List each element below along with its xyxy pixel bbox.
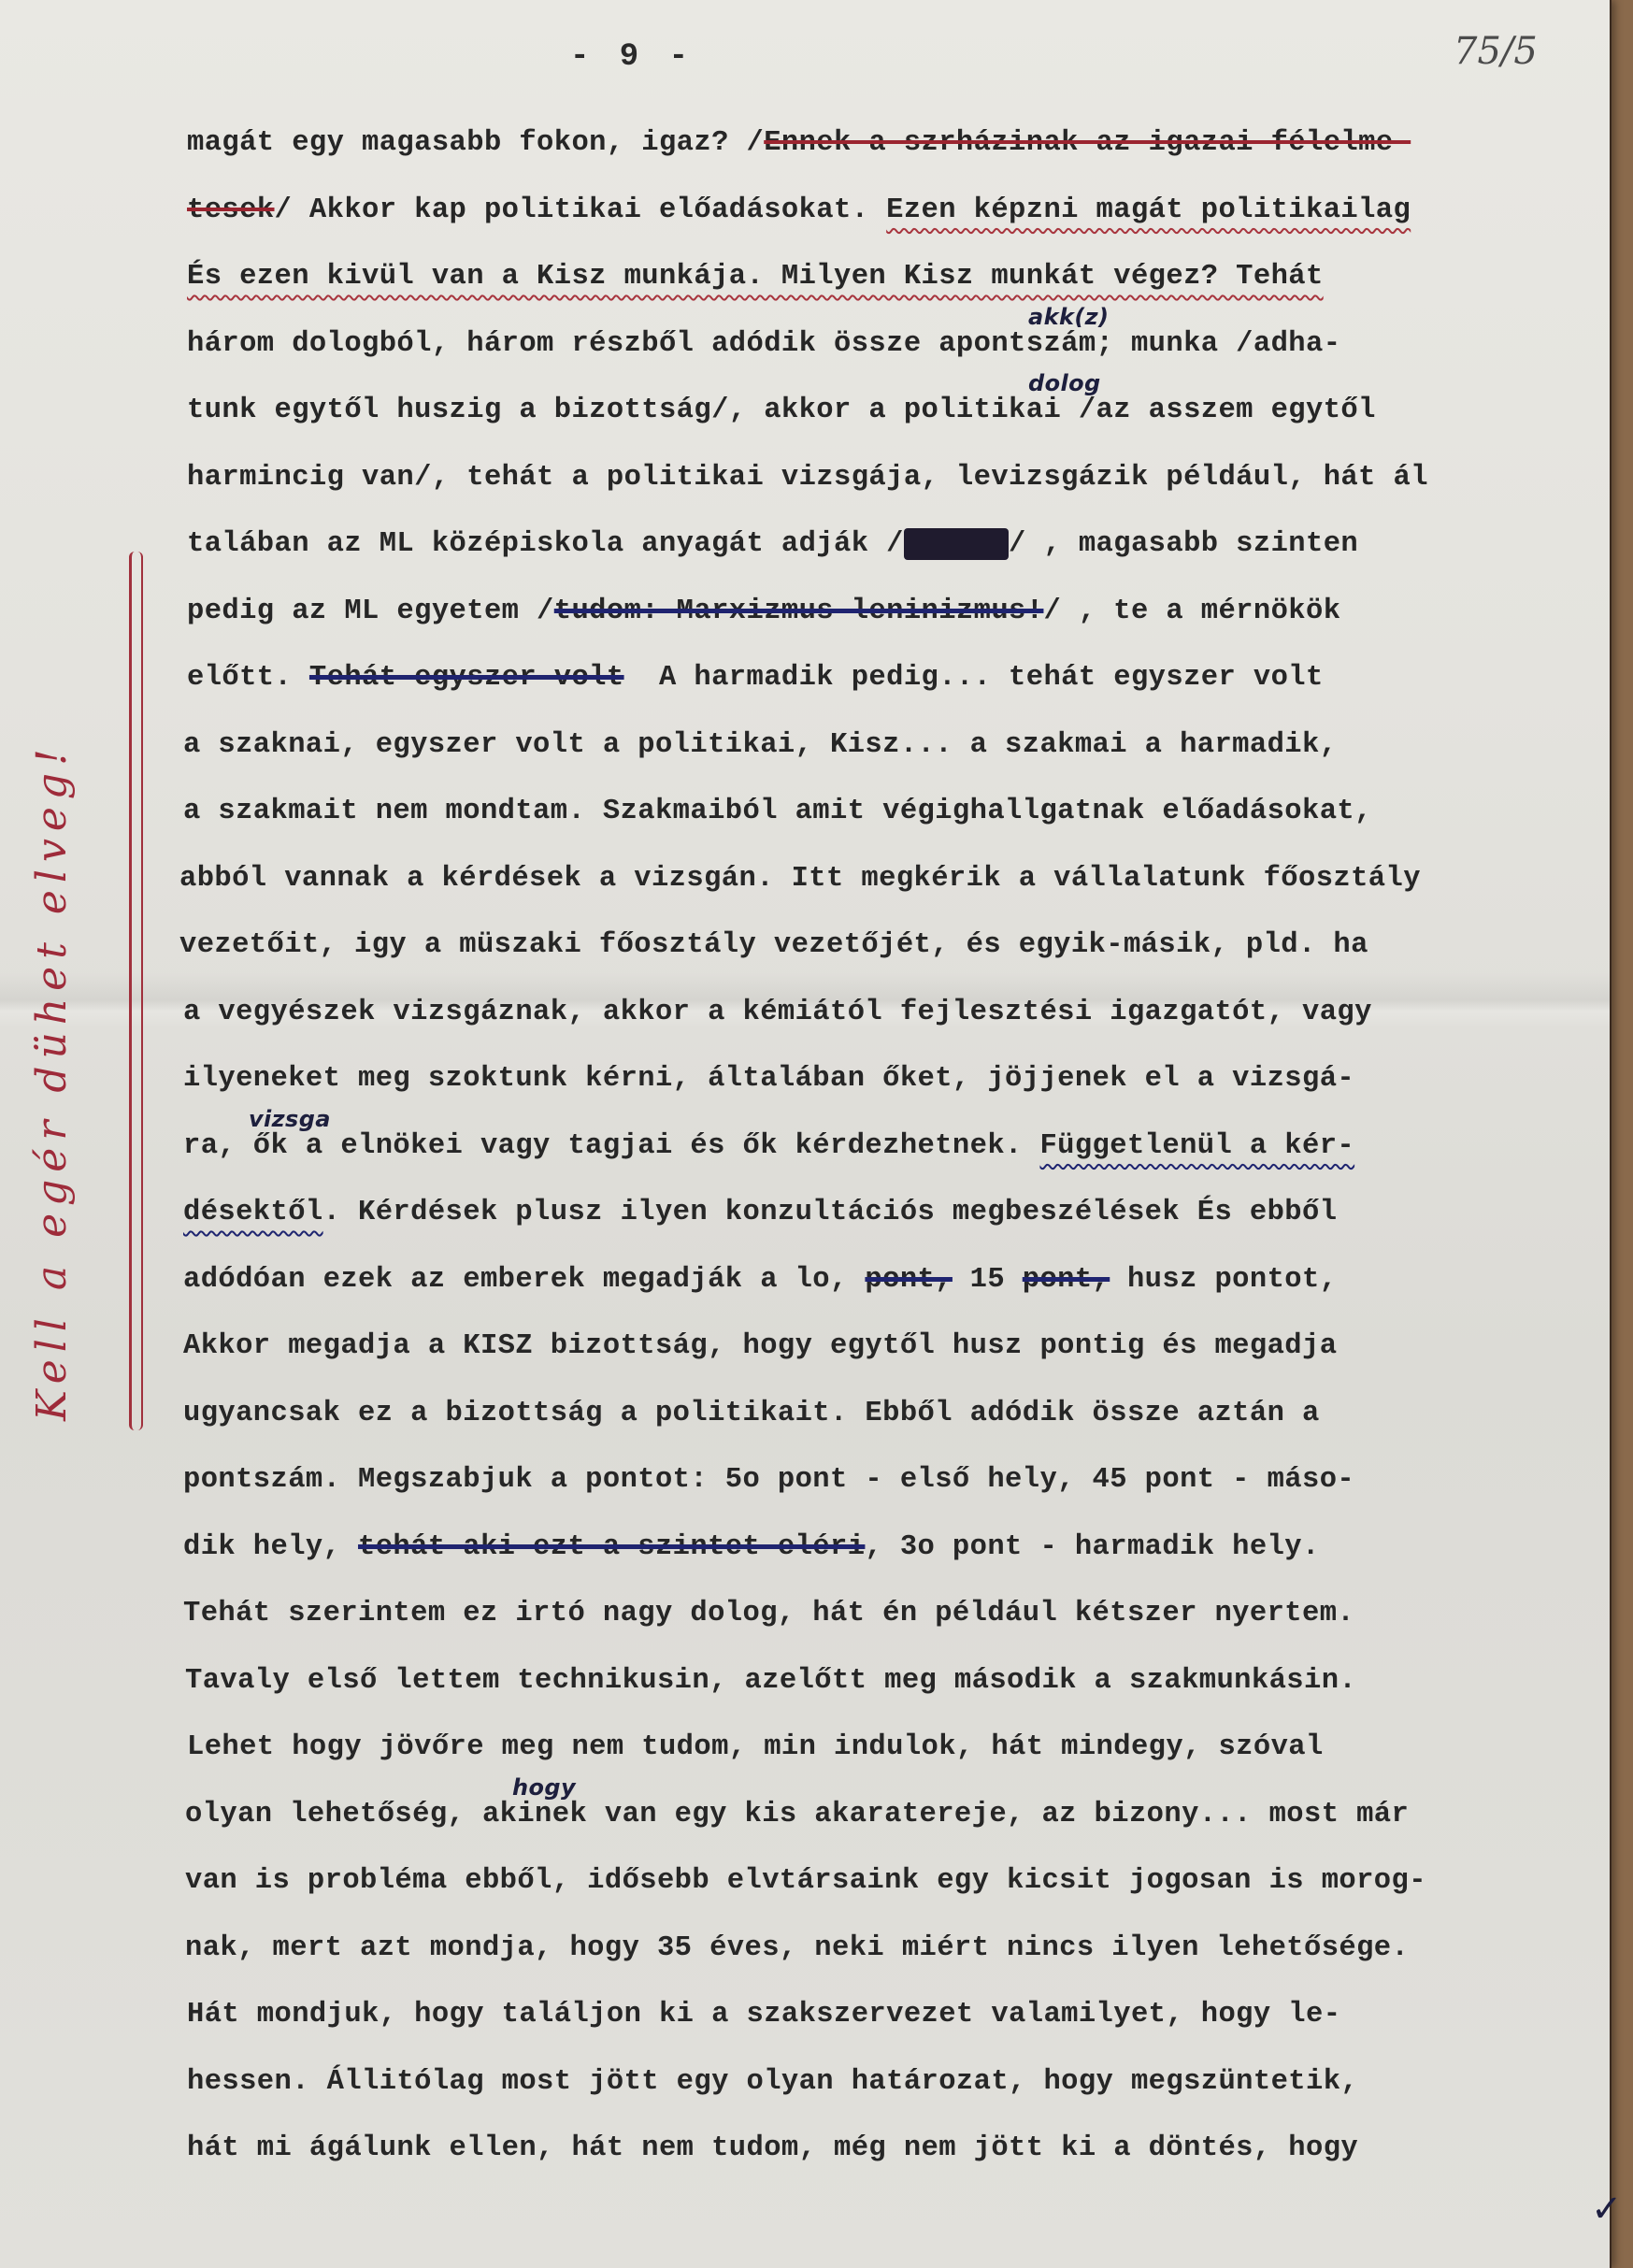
text-line: hessen. Állitólag most jött egy olyan ha… xyxy=(187,2049,1608,2117)
text-segment: Függetlenül a kér- xyxy=(1039,1130,1354,1162)
text-line: vezetőit, igy a müszaki főosztály vezető… xyxy=(179,912,1600,980)
text-segment: És ezen kivül van a Kisz munkája. Milyen… xyxy=(187,261,1324,293)
text-segment: Hát mondjuk, hogy találjon ki a szakszer… xyxy=(187,1999,1340,2031)
margin-bracket xyxy=(129,552,143,1430)
text-segment: abból vannak a kérdések a vizsgán. Itt m… xyxy=(179,863,1421,895)
struck-text: pont, xyxy=(865,1264,953,1296)
text-segment: husz pontot, xyxy=(1110,1264,1337,1296)
text-segment: a szakmait nem mondtam. Szakmaiból amit … xyxy=(183,796,1372,827)
text-line: Tavaly első lettem technikusin, azelőtt … xyxy=(185,1648,1606,1715)
text-line: nak, mert azt mondja, hogy 35 éves, neki… xyxy=(185,1916,1606,1983)
text-segment: . Kérdések plusz ilyen konzultációs megb… xyxy=(323,1197,1338,1228)
text-line: tunk egytől huszig a bizottság/, akkor a… xyxy=(187,378,1608,445)
struck-text: tehát aki ezt a szintet eléri xyxy=(358,1531,865,1563)
text-line: Hát mondjuk, hogy találjon ki a szakszer… xyxy=(187,1982,1608,2049)
text-segment: Tavaly első lettem technikusin, azelőtt … xyxy=(185,1665,1356,1697)
struck-text: tesek xyxy=(187,194,275,226)
struck-text: tudom: Marxizmus-leninizmus! xyxy=(554,596,1044,627)
text-segment: adódóan ezek az emberek megadják a lo, xyxy=(183,1264,865,1296)
text-line: olyan lehetőség, akinek van egy kis akar… xyxy=(185,1782,1606,1849)
handwritten-insertion: vizsga xyxy=(249,1108,331,1130)
text-segment: Lehet hogy jövőre meg nem tudom, min ind… xyxy=(187,1731,1324,1763)
text-segment: van is probléma ebből, idősebb elvtársai… xyxy=(185,1865,1426,1897)
page-number: - 9 - xyxy=(570,39,694,75)
archive-number: 75/5 xyxy=(1454,30,1538,73)
text-segment: ilyeneket meg szoktunk kérni, általában … xyxy=(183,1063,1354,1095)
text-segment: harmincig van/, tehát a politikai vizsgá… xyxy=(187,462,1428,494)
text-segment: dik hely, xyxy=(183,1531,358,1563)
text-segment: magát egy magasabb fokon, igaz? / xyxy=(187,127,764,159)
text-segment: hát mi ágálunk ellen, hát nem tudom, még… xyxy=(187,2132,1358,2164)
handwritten-insertion: dolog xyxy=(1028,372,1101,395)
text-line: pontszám. Megszabjuk a pontot: 5o pont -… xyxy=(183,1447,1604,1514)
check-mark-icon: ✓ xyxy=(1591,2188,1623,2231)
struck-text: Tehát egyszer volt xyxy=(309,662,624,694)
handwritten-insertion: hogy xyxy=(512,1776,576,1799)
text-segment: / , te a mérnökök xyxy=(1043,596,1340,627)
text-segment: talában az ML középiskola anyagát adják … xyxy=(187,528,904,560)
struck-text: Ennek a szrházinak az igazai félelme- xyxy=(764,127,1411,159)
document-page: - 9 - 75/5 Kell a egér dühet elveg! magá… xyxy=(0,0,1610,2268)
text-segment: ugyancsak ez a bizottság a politikait. E… xyxy=(183,1398,1320,1429)
text-segment: 15 xyxy=(953,1264,1023,1296)
text-segment: olyan lehetőség, akinek van egy kis akar… xyxy=(185,1799,1409,1830)
text-segment: tunk egytől huszig a bizottság/, akkor a… xyxy=(187,395,1376,426)
text-segment: elnökei vagy tagjai és ők kérdezhetnek. xyxy=(340,1130,1039,1162)
text-segment: ra, ők a xyxy=(183,1130,340,1162)
text-line: És ezen kivül van a Kisz munkája. Milyen… xyxy=(187,244,1608,311)
text-line: Tehát szerintem ez irtó nagy dolog, hát … xyxy=(183,1581,1604,1648)
text-line: ugyancsak ez a bizottság a politikait. E… xyxy=(183,1381,1604,1448)
text-segment: désektől xyxy=(183,1197,323,1228)
text-segment: hessen. Állitólag most jött egy olyan ha… xyxy=(187,2066,1358,2098)
text-line: dik hely, tehát aki ezt a szintet eléri,… xyxy=(183,1514,1604,1582)
text-line: három dologból, három részből adódik öss… xyxy=(187,311,1608,379)
text-line: hát mi ágálunk ellen, hát nem tudom, még… xyxy=(187,2116,1608,2183)
text-segment: a vegyészek vizsgáznak, akkor a kémiától… xyxy=(183,997,1372,1028)
text-line: adódóan ezek az emberek megadják a lo, p… xyxy=(183,1247,1604,1314)
text-line: ra, ők a elnökei vagy tagjai és ők kérde… xyxy=(183,1113,1604,1181)
text-line: a vegyészek vizsgáznak, akkor a kémiától… xyxy=(183,980,1604,1047)
text-line: ilyeneket meg szoktunk kérni, általában … xyxy=(183,1046,1604,1113)
text-line: abból vannak a kérdések a vizsgán. Itt m… xyxy=(179,846,1600,913)
text-segment: nak, mert azt mondja, hogy 35 éves, neki… xyxy=(185,1932,1409,1964)
text-line: tesek/ Akkor kap politikai előadásokat. … xyxy=(187,178,1608,245)
margin-note: Kell a egér dühet elveg! xyxy=(28,741,76,1421)
text-segment: , 3o pont - harmadik hely. xyxy=(865,1531,1319,1563)
typed-text-body: magát egy magasabb fokon, igaz? /Ennek a… xyxy=(187,110,1608,2183)
text-line: talában az ML középiskola anyagát adják … xyxy=(187,511,1608,579)
text-segment: Ezen képzni magát politikailag xyxy=(886,194,1411,226)
text-line: magát egy magasabb fokon, igaz? /Ennek a… xyxy=(187,110,1608,178)
text-line: a szaknai, egyszer volt a politikai, Kis… xyxy=(183,712,1604,780)
text-segment: Akkor megadja a KISZ bizottság, hogy egy… xyxy=(183,1330,1337,1362)
text-line: harmincig van/, tehát a politikai vizsgá… xyxy=(187,445,1608,512)
text-segment: / Akkor kap politikai előadásokat. xyxy=(275,194,887,226)
text-segment: Tehát szerintem ez irtó nagy dolog, hát … xyxy=(183,1598,1354,1629)
struck-text: pont, xyxy=(1023,1264,1110,1296)
redacted-text: xxxxxx xyxy=(904,528,1009,560)
text-segment: / , magasabb szinten xyxy=(1009,528,1358,560)
text-line: Akkor megadja a KISZ bizottság, hogy egy… xyxy=(183,1313,1604,1381)
text-segment: előtt. xyxy=(187,662,309,694)
text-line: Lehet hogy jövőre meg nem tudom, min ind… xyxy=(187,1715,1608,1782)
text-line: előtt. Tehát egyszer volt A harmadik ped… xyxy=(187,645,1608,712)
text-line: van is probléma ebből, idősebb elvtársai… xyxy=(185,1848,1606,1916)
handwritten-insertion: akk(z) xyxy=(1028,306,1109,328)
text-line: désektől. Kérdések plusz ilyen konzultác… xyxy=(183,1180,1604,1247)
text-segment: A harmadik pedig... tehát egyszer volt xyxy=(624,662,1324,694)
text-segment: vezetőit, igy a müszaki főosztály vezető… xyxy=(179,929,1368,961)
text-segment: munka /adha- xyxy=(1131,328,1340,360)
text-segment: a szaknai, egyszer volt a politikai, Kis… xyxy=(183,729,1337,761)
text-segment: pedig az ML egyetem / xyxy=(187,596,554,627)
text-line: pedig az ML egyetem /tudom: Marxizmus-le… xyxy=(187,579,1608,646)
text-line: a szakmait nem mondtam. Szakmaiból amit … xyxy=(183,779,1604,846)
text-segment: pontszám. Megszabjuk a pontot: 5o pont -… xyxy=(183,1464,1354,1496)
text-segment: három dologból, három részből adódik öss… xyxy=(187,328,1131,360)
